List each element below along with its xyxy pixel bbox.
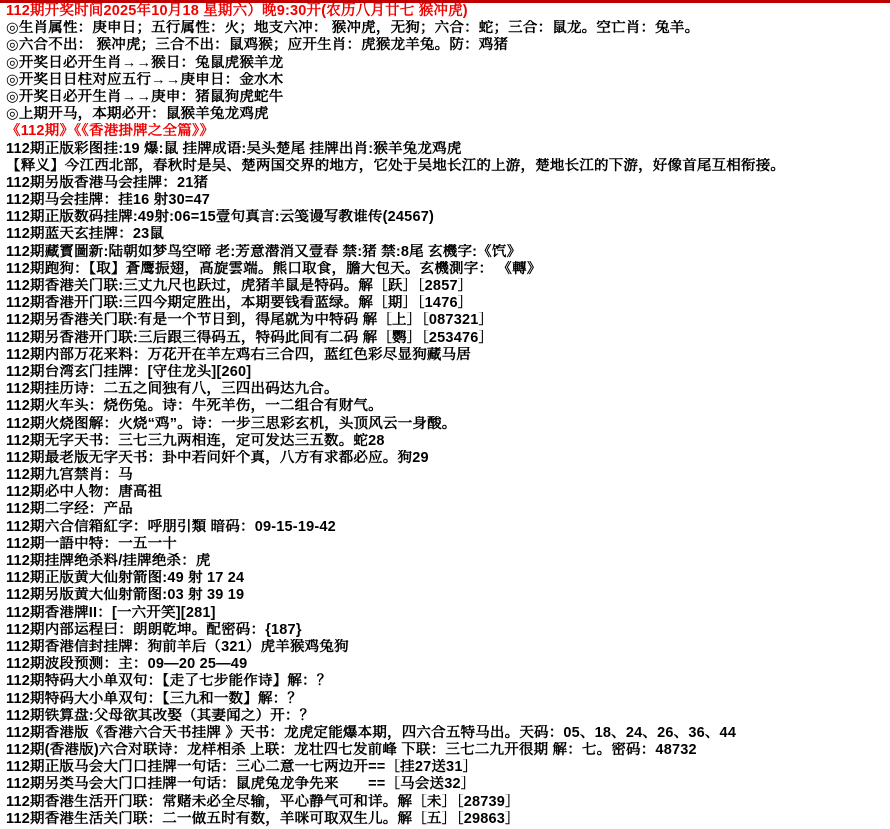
heading-line: 112期开奖时间2025年10月18 星期六）晚9:30开(农历八月廿七 猴冲虎…	[6, 3, 886, 20]
text-line: 112期必中人物：唐高祖	[6, 484, 886, 501]
text-line: 112期二字经：产品	[6, 501, 886, 518]
text-line: 112期香港生活开门联：常赌未必全尽输，平心静气可和详。解［未］［28739］	[6, 794, 886, 811]
text-line: 112期特码大小单双句：【走了七步能作诗】解：？	[6, 673, 886, 690]
content-lines: 112期开奖时间2025年10月18 星期六）晚9:30开(农历八月廿七 猴冲虎…	[0, 3, 890, 828]
text-line: 【释义】今江西北部，春秋时是吴、楚两国交界的地方，它处于吴地长江的上游，楚地长江…	[6, 158, 886, 175]
text-line: 112期跑狗：【取】蒼鹰振翅，高旋雲端。熊口取食，膽大包天。玄機測字： 《轉》	[6, 261, 886, 278]
text-line: 112期一語中特：一五一十	[6, 536, 886, 553]
text-line: 112期火烧图解：火烧“鸡”。诗：一步三思彩玄机，头顶风云一身酸。	[6, 416, 886, 433]
text-line: 112期台湾玄门挂牌：[守住龙头][260]	[6, 364, 886, 381]
text-line: 112期另版黄大仙射箭图:03 射 39 19	[6, 587, 886, 604]
text-line: 112期(香港版)六合对联诗：龙样相杀 上联：龙壮四七发前峰 下联：三七二九开很…	[6, 742, 886, 759]
text-line: ◎生肖属性：庚申日；五行属性：火；地支六冲： 猴冲虎，无狗；六合：蛇；三合：鼠龙…	[6, 20, 886, 37]
text-line: 112期正版彩图挂:19 爆:鼠 挂牌成语:吴头楚尾 挂牌出肖:猴羊兔龙鸡虎	[6, 141, 886, 158]
text-line: ◎开奖日必开生肖→→庚申：猪鼠狗虎蛇牛	[6, 89, 886, 106]
text-line: 112期火车头：烧伤兔。诗：牛死羊伤，一二组合有财气。	[6, 398, 886, 415]
text-line: ◎六合不出： 猴冲虎；三合不出：鼠鸡猴；应开生肖：虎猴龙羊兔。防：鸡猪	[6, 37, 886, 54]
heading-line: 《112期》《《香港掛牌之全篇》》	[6, 123, 886, 140]
text-line: 112期无字天书：三七三九两相连，定可发达三五数。蛇28	[6, 433, 886, 450]
text-line: 112期正版黄大仙射箭图:49 射 17 24	[6, 570, 886, 587]
lottery-info-page: 112期开奖时间2025年10月18 星期六）晚9:30开(农历八月廿七 猴冲虎…	[0, 0, 890, 828]
text-line: 112期九宫禁肖：马	[6, 467, 886, 484]
text-line: 112期香港信封挂牌：狗前羊后（321）虎羊猴鸡兔狗	[6, 639, 886, 656]
text-line: 112期香港版《香港六合天书挂牌 》天书：龙虎定能爆本期，四六合五特马出。天码：…	[6, 725, 886, 742]
text-line: 112期正版数码挂牌:49射:06=15壹句真言:云笺谩写教谁传(24567)	[6, 209, 886, 226]
text-line: ◎开奖日日柱对应五行→→庚申日：金水木	[6, 72, 886, 89]
text-line: 112期香港生活关门联：二一做五时有数，羊咪可取双生儿。解［五］［29863］	[6, 811, 886, 828]
text-line: 112期另类马会大门口挂牌一句话：鼠虎兔龙争先来 ==［马会送32］	[6, 776, 886, 793]
text-line: 112期特码大小单双句：【三九和一数】解：？	[6, 691, 886, 708]
text-line: ◎开奖日必开生肖→→猴日：兔鼠虎猴羊龙	[6, 55, 886, 72]
text-line: ◎上期开马，本期必开：鼠猴羊兔龙鸡虎	[6, 106, 886, 123]
text-line: 112期最老版无字天书：卦中若问奸个真，八方有求都必应。狗29	[6, 450, 886, 467]
text-line: 112期正版马会大门口挂牌一句话：三心二意一七两边开==［挂27送31］	[6, 759, 886, 776]
text-line: 112期波段预测：主：09—20 25—49	[6, 656, 886, 673]
text-line: 112期铁算盘:父母欲其改娶（其妻闻之）开：？	[6, 708, 886, 725]
text-line: 112期蓝天玄挂牌：23鼠	[6, 226, 886, 243]
text-line: 112期马会挂牌：挂16 射30=47	[6, 192, 886, 209]
text-line: 112期挂历诗：二五之间独有八，三四出码达九合。	[6, 381, 886, 398]
text-line: 112期香港牌II：[一六开笑][281]	[6, 605, 886, 622]
text-line: 112期另香港开门联:三后跟三得码五，特码此间有二码 解［鹦］［253476］	[6, 330, 886, 347]
text-line: 112期六合信箱紅字：呼朋引類 暗码：09-15-19-42	[6, 519, 886, 536]
text-line: 112期藏寳圖新:陆朝如梦鸟空啼 老:芳意潜消又壹春 禁:猪 禁:8尾 玄機字:…	[6, 244, 886, 261]
text-line: 112期另香港关门联:有是一个节日到，得尾就为中特码 解［上］［087321］	[6, 312, 886, 329]
text-line: 112期香港开门联:三四今期定胜出，本期要钱看蓝绿。解［期］［1476］	[6, 295, 886, 312]
text-line: 112期挂牌绝杀料/挂牌绝杀：虎	[6, 553, 886, 570]
text-line: 112期香港关门联:三丈九尺也跃过，虎猪羊鼠是特码。解［跃］［2857］	[6, 278, 886, 295]
text-line: 112期内部万花来料：万花开在羊左鸡右三合四，蓝红色彩尽显狗藏马居	[6, 347, 886, 364]
text-line: 112期另版香港马会挂牌：21猪	[6, 175, 886, 192]
text-line: 112期内部运程曰：朗朗乾坤。配密码：{187}	[6, 622, 886, 639]
